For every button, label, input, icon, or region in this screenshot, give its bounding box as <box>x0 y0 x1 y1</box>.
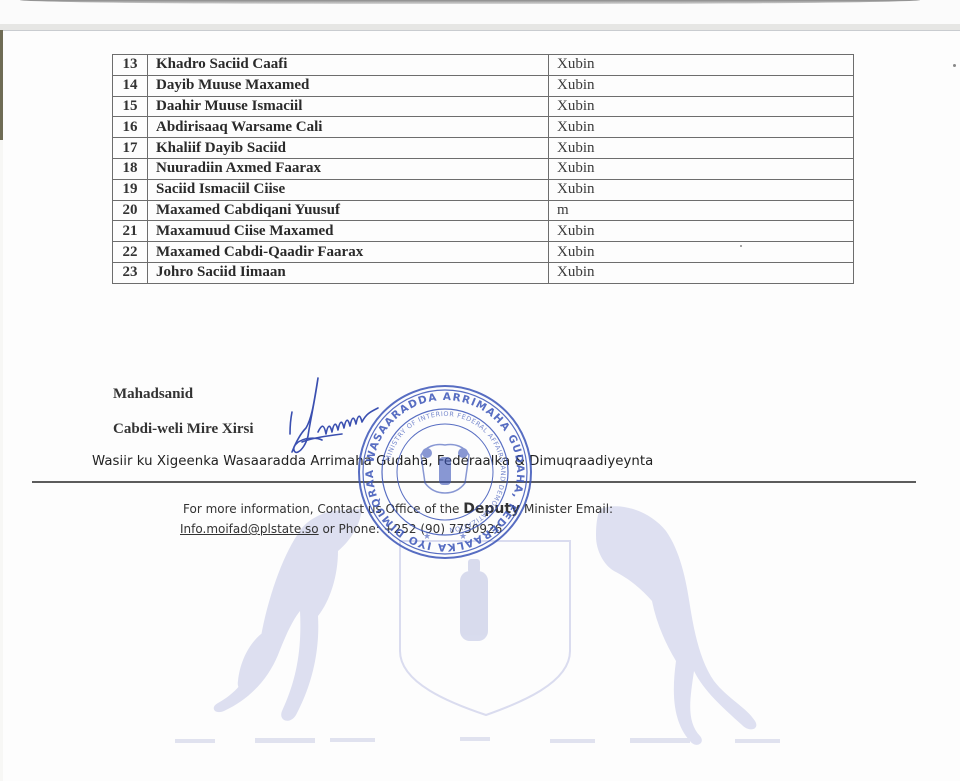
member-role: Xubin <box>549 158 854 179</box>
member-name: Khadro Saciid Caafi <box>148 55 549 76</box>
table-row: 18Nuuradiin Axmed FaaraxXubin <box>113 158 854 179</box>
phone-prefix: or Phone: <box>322 522 383 536</box>
row-number: 14 <box>113 75 148 96</box>
member-name: Saciid Ismaciil Ciise <box>148 179 549 200</box>
row-number: 20 <box>113 200 148 221</box>
contact-line: For more information, Contact us Office … <box>183 499 613 519</box>
member-name: Maxamed Cabdi-Qaadir Faarax <box>148 242 549 263</box>
member-role: Xubin <box>549 179 854 200</box>
table-row: 13Khadro Saciid CaafiXubin <box>113 55 854 76</box>
member-name: Abdirisaaq Warsame Cali <box>148 117 549 138</box>
contact-info: For more information, Contact us Office … <box>183 499 613 519</box>
table-row: 21Maxamuud Ciise MaxamedXubin <box>113 221 854 242</box>
page-edge <box>0 30 960 31</box>
member-role: Xubin <box>549 117 854 138</box>
row-number: 22 <box>113 242 148 263</box>
scan-left-edge <box>0 30 3 140</box>
member-role: Xubin <box>549 138 854 159</box>
contact-prefix: For more information, Contact us Office … <box>183 502 459 516</box>
row-number: 13 <box>113 55 148 76</box>
table-row: 14Dayib Muuse MaxamedXubin <box>113 75 854 96</box>
member-name: Nuuradiin Axmed Faarax <box>148 158 549 179</box>
row-number: 19 <box>113 179 148 200</box>
table-row: 22Maxamed Cabdi-Qaadir FaaraxXubin <box>113 242 854 263</box>
row-number: 17 <box>113 138 148 159</box>
row-number: 16 <box>113 117 148 138</box>
member-name: Khaliif Dayib Saciid <box>148 138 549 159</box>
table-row: 17Khaliif Dayib SaciidXubin <box>113 138 854 159</box>
member-name: Dayib Muuse Maxamed <box>148 75 549 96</box>
footer-divider <box>32 481 916 483</box>
member-role: Xubin <box>549 221 854 242</box>
email-link[interactable]: Info.moifad@plstate.so <box>180 522 319 536</box>
row-number: 15 <box>113 96 148 117</box>
signer-title: Wasiir ku Xigeenka Wasaaradda Arrimaha G… <box>92 454 653 469</box>
table-row: 15Daahir Muuse IsmaciilXubin <box>113 96 854 117</box>
scan-speck <box>953 64 956 67</box>
contact-suffix: Minister Email: <box>524 502 613 516</box>
member-name: Johro Saciid Iimaan <box>148 262 549 283</box>
table-row: 16Abdirisaaq Warsame CaliXubin <box>113 117 854 138</box>
member-role: m <box>549 200 854 221</box>
phone-number: +252 (90) 7750926 <box>384 522 503 536</box>
row-number: 21 <box>113 221 148 242</box>
member-role: Xubin <box>549 55 854 76</box>
member-name: Maxamuud Ciise Maxamed <box>148 221 549 242</box>
member-role: Xubin <box>549 75 854 96</box>
member-role: Xubin <box>549 242 854 263</box>
row-number: 18 <box>113 158 148 179</box>
table-row: 23Johro Saciid IimaanXubin <box>113 262 854 283</box>
row-number: 23 <box>113 262 148 283</box>
contact-emphasis: Deputy <box>463 501 520 517</box>
member-name: Maxamed Cabdiqani Yuusuf <box>148 200 549 221</box>
members-table: 13Khadro Saciid CaafiXubin14Dayib Muuse … <box>112 54 854 284</box>
member-role: Xubin <box>549 96 854 117</box>
table-row: 19Saciid Ismaciil CiiseXubin <box>113 179 854 200</box>
table-row: 20Maxamed Cabdiqani Yuusufm <box>113 200 854 221</box>
contact-details: Info.moifad@plstate.so or Phone: +252 (9… <box>180 519 502 539</box>
closing-thanks: Mahadsanid <box>113 386 193 403</box>
member-name: Daahir Muuse Ismaciil <box>148 96 549 117</box>
scan-speck <box>740 245 742 247</box>
member-role: Xubin <box>549 262 854 283</box>
signer-name: Cabdi-weli Mire Xirsi <box>113 421 254 438</box>
